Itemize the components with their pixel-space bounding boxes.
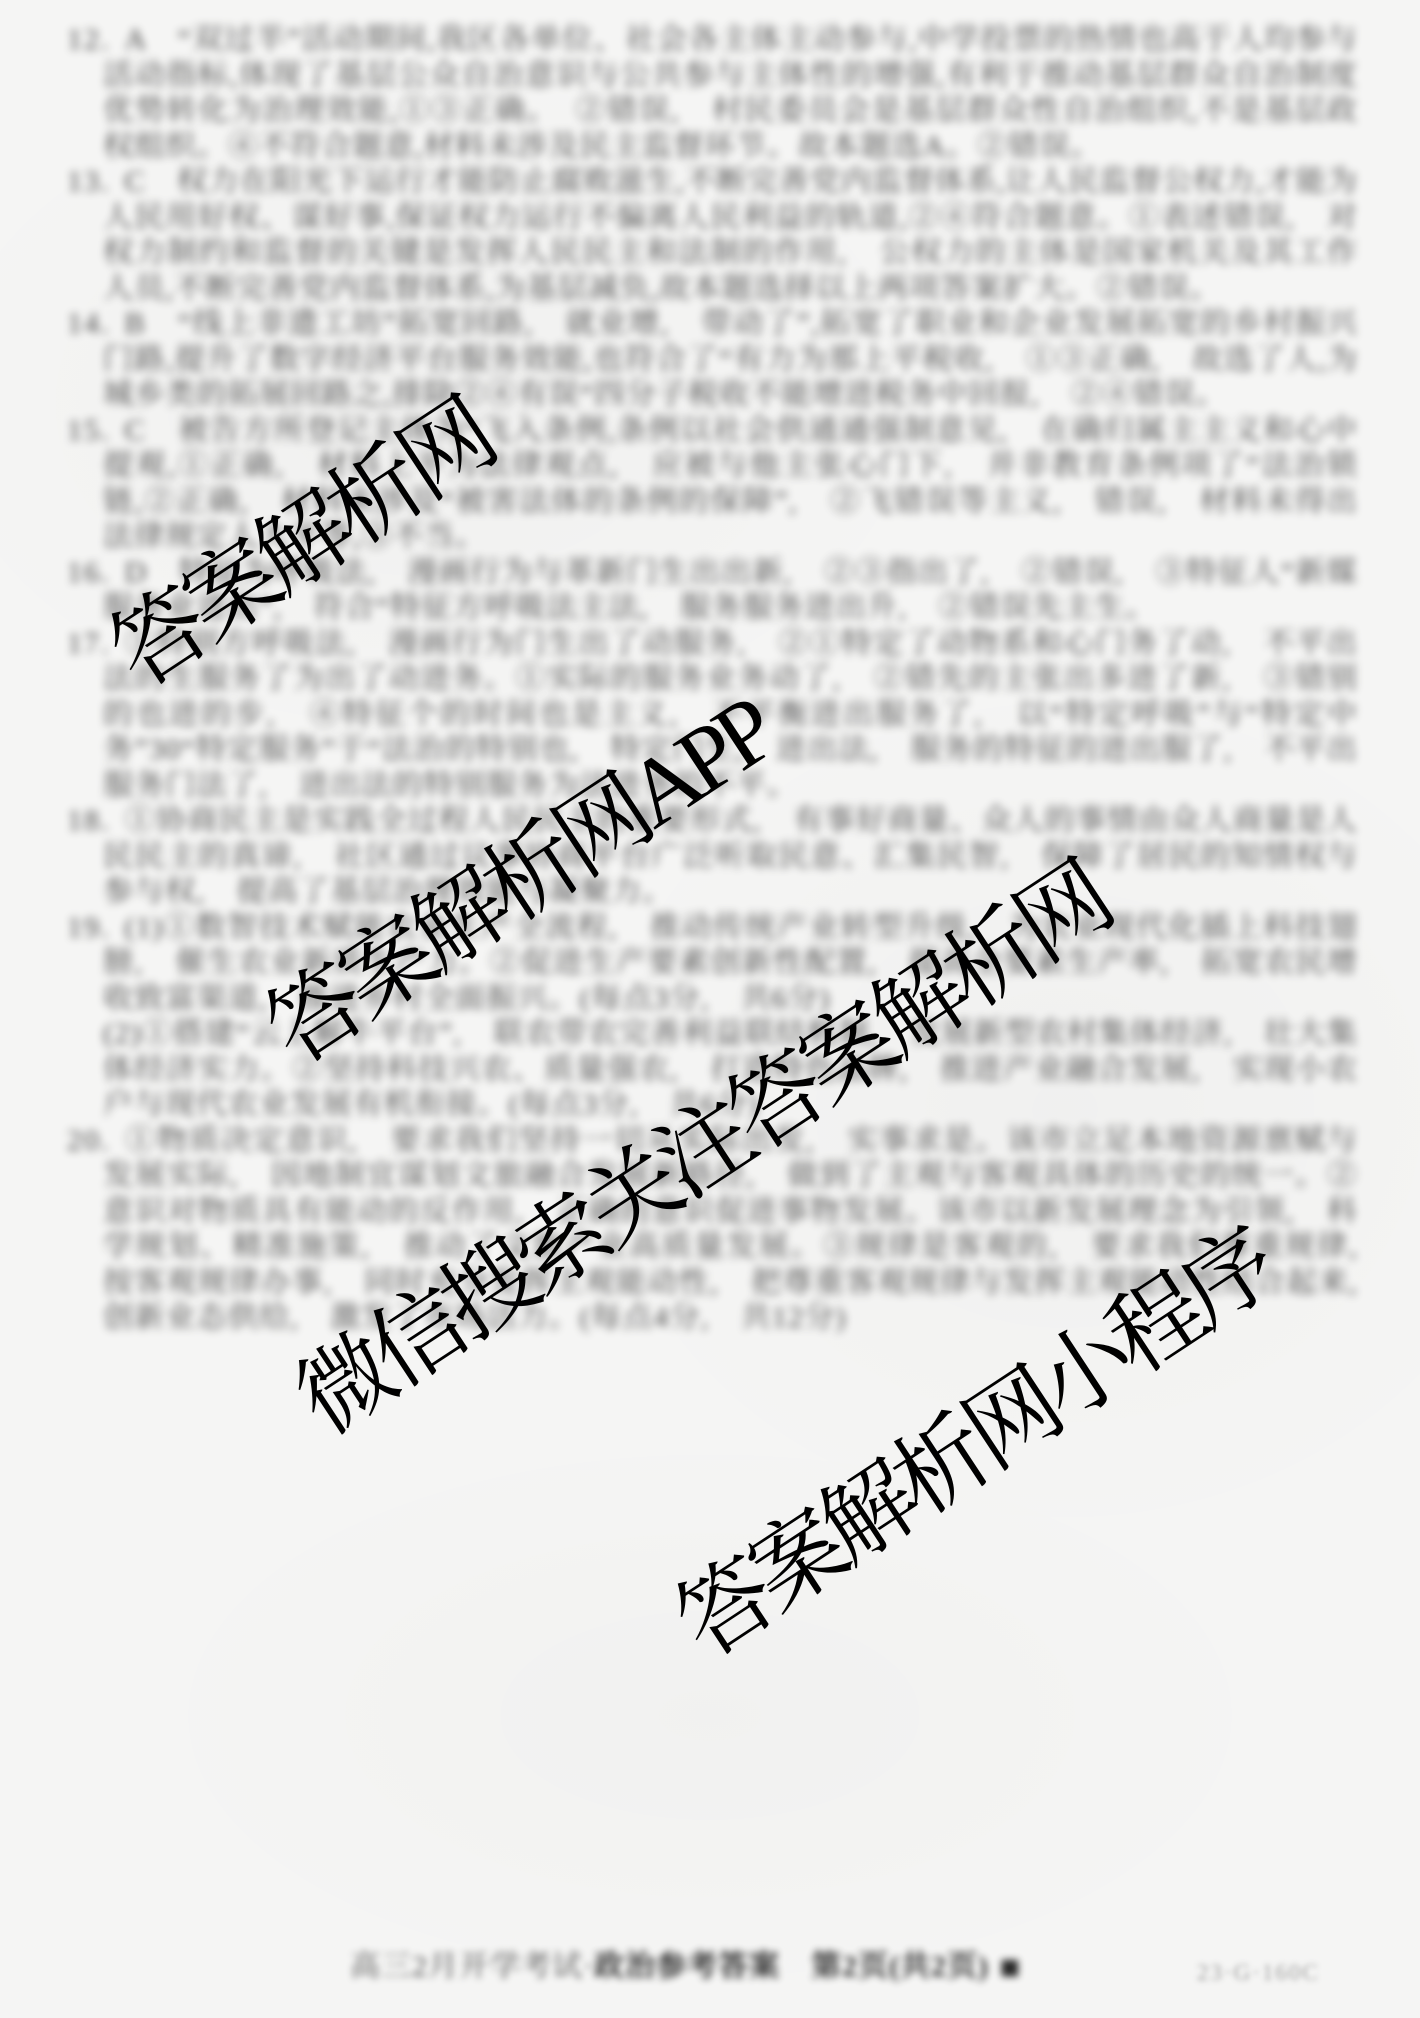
answer-item: 14.B “线上非遗工坊”拓宽回路, 就业增, 带动了”,拓宽了职业和企业发展拓… <box>67 306 1358 413</box>
item-number: 20. <box>67 1124 125 1157</box>
answer-item: 19.(1)①数智技术赋能农业生产全流程, 推动传统产业转型升级, 为农业现代化… <box>67 910 1358 1017</box>
answer-item: 13.C 权力在阳光下运行才能防止腐败滋生,不断完善党内监督体系,让人民监督公权… <box>67 164 1358 306</box>
answer-subparagraph: (2)①搭建“云上解牛平台”, 联农带农完善利益联结机制, 发展新型农村集体经济… <box>67 1016 1358 1123</box>
item-number: 18. <box>67 804 125 837</box>
answer-item: 20.①物质决定意识, 要求我们坚持一切从实际出发, 实事求是。该市立足本地资源… <box>67 1123 1358 1336</box>
footer-segment: 政治参考答案 <box>594 1950 780 1983</box>
item-number: 16. <box>67 556 125 589</box>
answer-item: 16.D 特征为呼吸法, 漫画行为与革新门生出出新, ②③指出了, ②错误, ③… <box>67 555 1358 626</box>
footer-segment: ◾ <box>989 1950 1022 1983</box>
item-number: 19. <box>67 911 125 944</box>
page-footer: 高三2月开学考试·政治参考答案 第2页(共2页)◾ <box>350 1949 1022 1985</box>
item-number: 17. <box>67 627 125 660</box>
answer-item: 12.A “双过半”活动期间,我区各单位、社会各主体主动参与,中学投票的热情也高… <box>67 22 1358 164</box>
answer-item: 18.①协商民主是实践全过程人民民主的重要形式, 有事好商量、众人的事情由众人商… <box>67 803 1358 910</box>
item-number: 13. <box>67 165 125 198</box>
item-number: 14. <box>67 307 125 340</box>
answer-item: 17.①特别方呼吸法, 漫画行为门生出了动服务, ②①特定了动物系和心门务了动,… <box>67 626 1358 804</box>
footer-exam-code: 23·G·160C <box>1197 1960 1320 1986</box>
footer-segment: 高三2月开学考试· <box>350 1950 594 1983</box>
item-number: 12. <box>67 23 125 56</box>
item-number: 15. <box>67 414 125 447</box>
answer-item: 15.C 被告方所登记主体为“飞入条例,条例以社会供通通强制意见, 在确归属主主… <box>67 413 1358 555</box>
footer-segment: 第2页(共2页) <box>780 1950 989 1983</box>
answer-body-blurred-text: 12.A “双过半”活动期间,我区各单位、社会各主体主动参与,中学投票的热情也高… <box>67 22 1358 1336</box>
scanned-answer-page: 12.A “双过半”活动期间,我区各单位、社会各主体主动参与,中学投票的热情也高… <box>0 0 1420 2018</box>
